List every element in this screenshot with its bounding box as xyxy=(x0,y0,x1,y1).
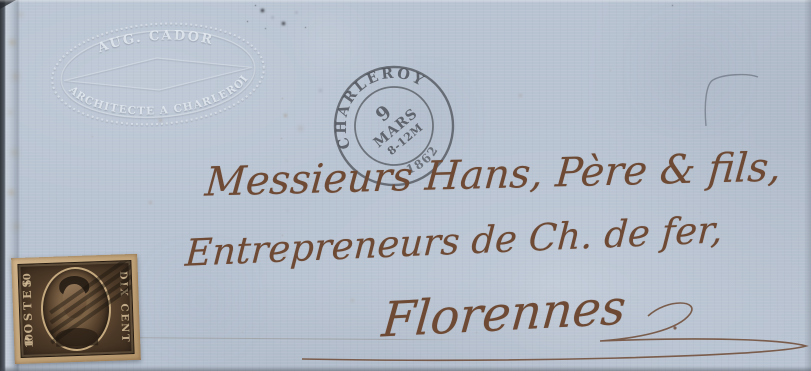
embossed-seal: AUG. CADOR ARCHITECTE A CHARLEROI xyxy=(42,18,274,130)
seal-name-text: AUG. CADOR xyxy=(94,25,216,57)
stamp-frame: 10 10 POSTES DIX CENT xyxy=(17,260,134,358)
seal-profession-text: ARCHITECTE A CHARLEROI xyxy=(65,71,253,123)
right-paper-edge xyxy=(804,0,811,371)
svg-text:ARCHITECTE A CHARLEROI: ARCHITECTE A CHARLEROI xyxy=(65,71,253,123)
top-paper-edge xyxy=(0,0,811,3)
left-paper-edge xyxy=(0,0,6,371)
ink-smudge xyxy=(0,0,1,1)
letter-cover: AUG. CADOR ARCHITECTE A CHARLEROI CHARLE… xyxy=(0,0,811,371)
cancellation-bars xyxy=(18,261,133,357)
postage-stamp: 10 10 POSTES DIX CENT xyxy=(11,254,141,364)
svg-text:AUG. CADOR: AUG. CADOR xyxy=(94,25,216,57)
bottom-paper-edge xyxy=(0,366,811,371)
